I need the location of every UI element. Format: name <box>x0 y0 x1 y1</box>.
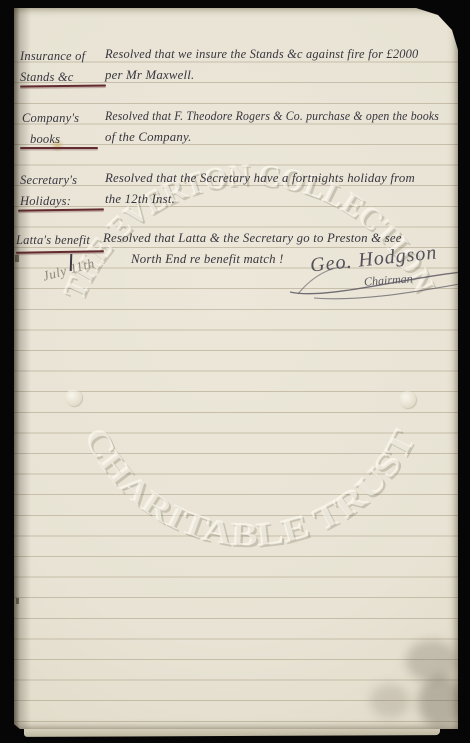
page-edge-shadow <box>14 8 458 729</box>
minute-book-page: THE EVERTON COLLECTION CHARITABLE TRUST … <box>14 8 458 729</box>
scan-background: THE EVERTON COLLECTION CHARITABLE TRUST … <box>0 0 470 743</box>
